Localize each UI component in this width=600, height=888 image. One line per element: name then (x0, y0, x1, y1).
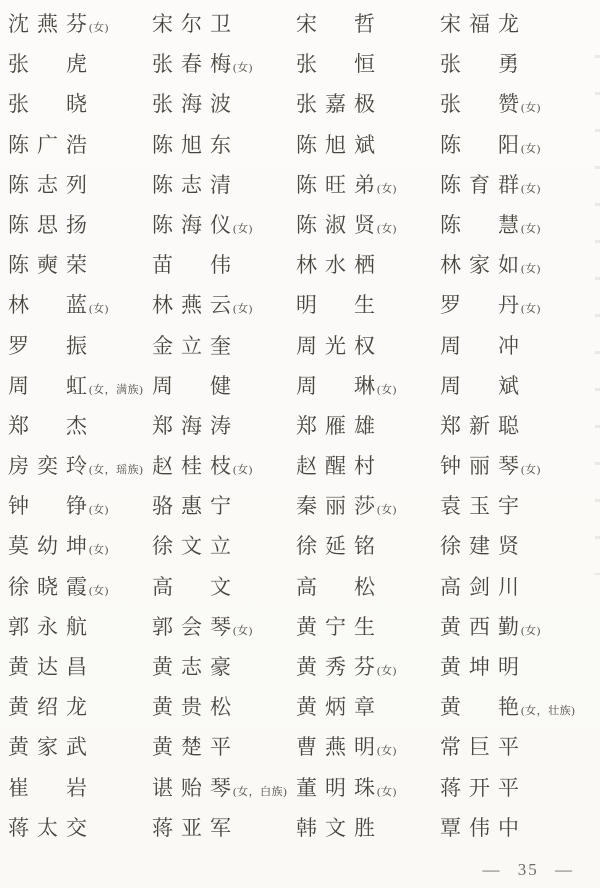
gender-ethnicity-note: (女) (377, 183, 397, 195)
name-entry: 黄 艳(女，壮族) (440, 687, 584, 727)
person-name: 莫幼坤 (8, 534, 95, 558)
person-name: 黄西勤 (440, 615, 527, 639)
person-name: 陈 阳 (440, 133, 527, 157)
person-name: 陈海仪 (152, 213, 239, 237)
gender-ethnicity-note: (女) (377, 665, 397, 677)
person-name: 金立奎 (152, 334, 239, 358)
name-entry: 林水栖 (296, 245, 440, 285)
person-name: 骆惠宁 (152, 494, 239, 518)
person-name: 罗 丹 (440, 293, 527, 317)
name-entry: 陈旭斌 (296, 125, 440, 165)
name-entry: 徐晓霞(女) (8, 567, 152, 607)
name-entry: 陈海仪(女) (152, 205, 296, 245)
person-name: 徐文立 (152, 534, 239, 558)
name-entry: 陈志清 (152, 165, 296, 205)
person-name: 徐建贤 (440, 534, 527, 558)
person-name: 郑雁雄 (296, 414, 383, 438)
name-entry: 黄楚平 (152, 727, 296, 767)
person-name: 房奕玲 (8, 454, 95, 478)
person-name: 陈旭斌 (296, 133, 383, 157)
person-name: 张 虎 (8, 52, 95, 76)
gender-ethnicity-note: (女) (377, 223, 397, 235)
name-entry: 徐建贤 (440, 526, 584, 566)
person-name: 黄达昌 (8, 655, 95, 679)
name-entry: 郑海涛 (152, 406, 296, 446)
person-name: 徐晓霞 (8, 575, 95, 599)
person-name: 郑新聪 (440, 414, 527, 438)
person-name: 陈育群 (440, 173, 527, 197)
page-number-text: — 35 — (483, 860, 575, 879)
person-name: 林水栖 (296, 253, 383, 277)
name-entry: 蒋太交 (8, 808, 152, 848)
person-name: 张嘉极 (296, 92, 383, 116)
person-name: 黄炳章 (296, 695, 383, 719)
person-name: 周光权 (296, 334, 383, 358)
person-name: 高剑川 (440, 575, 527, 599)
gender-ethnicity-note: (女，壮族) (521, 705, 575, 717)
person-name: 张 赞 (440, 92, 527, 116)
name-entry: 张 晓 (8, 84, 152, 124)
gender-ethnicity-note: (女) (89, 303, 109, 315)
gender-ethnicity-note: (女) (89, 504, 109, 516)
person-name: 周 健 (152, 374, 239, 398)
name-entry: 钟丽琴(女) (440, 446, 584, 486)
person-name: 黄贵松 (152, 695, 239, 719)
name-entry: 蒋开平 (440, 768, 584, 808)
name-entry: 董明珠(女) (296, 768, 440, 808)
gender-ethnicity-note: (女) (521, 303, 541, 315)
name-entry: 黄绍龙 (8, 687, 152, 727)
gender-ethnicity-note: (女) (233, 303, 253, 315)
name-entry: 郑雁雄 (296, 406, 440, 446)
name-entry: 陈旭东 (152, 125, 296, 165)
name-entry: 赵桂枝(女) (152, 446, 296, 486)
name-entry: 覃伟中 (440, 808, 584, 848)
name-entry: 沈燕芬(女) (8, 4, 152, 44)
name-entry: 陈淑贤(女) (296, 205, 440, 245)
gender-ethnicity-note: (女) (377, 786, 397, 798)
name-entry: 宋尔卫 (152, 4, 296, 44)
person-name: 张 晓 (8, 92, 95, 116)
person-name: 钟 铮 (8, 494, 95, 518)
person-name: 林燕云 (152, 293, 239, 317)
person-name: 蒋开平 (440, 776, 527, 800)
name-entry: 苗 伟 (152, 245, 296, 285)
name-entry: 周光权 (296, 326, 440, 366)
person-name: 张春梅 (152, 52, 239, 76)
person-name: 覃伟中 (440, 816, 527, 840)
person-name: 陈思扬 (8, 213, 95, 237)
person-name: 蒋太交 (8, 816, 95, 840)
gender-ethnicity-note: (女) (377, 384, 397, 396)
name-entry: 林 蓝(女) (8, 285, 152, 325)
person-name: 高 文 (152, 575, 239, 599)
gender-ethnicity-note: (女) (89, 585, 109, 597)
name-entry: 黄家武 (8, 727, 152, 767)
person-name: 郑 杰 (8, 414, 95, 438)
gender-ethnicity-note: (女) (377, 504, 397, 516)
gender-ethnicity-note: (女) (521, 464, 541, 476)
name-entry: 黄贵松 (152, 687, 296, 727)
name-entry: 宋 哲 (296, 4, 440, 44)
person-name: 蒋亚军 (152, 816, 239, 840)
person-name: 郭永航 (8, 615, 95, 639)
name-entry: 陈奭荣 (8, 245, 152, 285)
gender-ethnicity-note: (女) (521, 263, 541, 275)
person-name: 秦丽莎 (296, 494, 383, 518)
person-name: 赵桂枝 (152, 454, 239, 478)
gender-ethnicity-note: (女) (377, 745, 397, 757)
name-entry: 高剑川 (440, 567, 584, 607)
gender-ethnicity-note: (女) (521, 102, 541, 114)
person-name: 陈 慧 (440, 213, 527, 237)
name-entry: 黄达昌 (8, 647, 152, 687)
person-name: 常巨平 (440, 735, 527, 759)
person-name: 韩文胜 (296, 816, 383, 840)
gender-ethnicity-note: (女) (233, 464, 253, 476)
name-entry: 明 生 (296, 285, 440, 325)
person-name: 宋尔卫 (152, 12, 239, 36)
person-name: 郑海涛 (152, 414, 239, 438)
name-entry: 张海波 (152, 84, 296, 124)
person-name: 陈广浩 (8, 133, 95, 157)
name-entry: 罗 振 (8, 326, 152, 366)
name-entry: 黄炳章 (296, 687, 440, 727)
name-entry: 郭会琴(女) (152, 607, 296, 647)
name-entry: 张 恒 (296, 44, 440, 84)
name-entry: 高 文 (152, 567, 296, 607)
person-name: 陈旺弟 (296, 173, 383, 197)
gender-ethnicity-note: (女) (233, 223, 253, 235)
name-entry: 陈思扬 (8, 205, 152, 245)
gender-ethnicity-note: (女) (89, 544, 109, 556)
name-entry: 金立奎 (152, 326, 296, 366)
name-entry: 谌贻琴(女，白族) (152, 768, 296, 808)
name-entry: 张 赞(女) (440, 84, 584, 124)
person-name: 陈志清 (152, 173, 239, 197)
name-entry: 林燕云(女) (152, 285, 296, 325)
person-name: 郭会琴 (152, 615, 239, 639)
person-name: 宋 哲 (296, 12, 383, 36)
person-name: 曹燕明 (296, 735, 383, 759)
person-name: 陈志列 (8, 173, 95, 197)
gender-ethnicity-note: (女) (521, 625, 541, 637)
person-name: 黄家武 (8, 735, 95, 759)
name-entry: 郭永航 (8, 607, 152, 647)
name-entry: 宋福龙 (440, 4, 584, 44)
gender-ethnicity-note: (女) (521, 183, 541, 195)
gender-ethnicity-note: (女) (233, 625, 253, 637)
person-name: 周 虹 (8, 374, 95, 398)
name-entry: 黄秀芬(女) (296, 647, 440, 687)
person-name: 黄绍龙 (8, 695, 95, 719)
name-entry: 黄坤明 (440, 647, 584, 687)
name-entry: 周 虹(女，满族) (8, 366, 152, 406)
name-entry: 房奕玲(女，瑶族) (8, 446, 152, 486)
name-entry: 高 松 (296, 567, 440, 607)
person-name: 黄宁生 (296, 615, 383, 639)
name-entry: 秦丽莎(女) (296, 486, 440, 526)
name-entry: 周 冲 (440, 326, 584, 366)
name-entry: 陈志列 (8, 165, 152, 205)
scan-edge-artifact (595, 55, 600, 575)
name-roster: 沈燕芬(女)宋尔卫宋 哲宋福龙张 虎张春梅(女)张 恒张 勇张 晓张海波张嘉极张… (8, 4, 584, 848)
person-name: 张 勇 (440, 52, 527, 76)
gender-ethnicity-note: (女) (233, 62, 253, 74)
person-name: 黄楚平 (152, 735, 239, 759)
gender-ethnicity-note: (女) (521, 223, 541, 235)
person-name: 明 生 (296, 293, 383, 317)
gender-ethnicity-note: (女) (521, 143, 541, 155)
document-page: 沈燕芬(女)宋尔卫宋 哲宋福龙张 虎张春梅(女)张 恒张 勇张 晓张海波张嘉极张… (0, 0, 600, 888)
person-name: 苗 伟 (152, 253, 239, 277)
person-name: 周 冲 (440, 334, 527, 358)
gender-ethnicity-note: (女，白族) (233, 786, 287, 798)
name-entry: 徐延铭 (296, 526, 440, 566)
person-name: 赵醒村 (296, 454, 383, 478)
person-name: 林家如 (440, 253, 527, 277)
person-name: 陈旭东 (152, 133, 239, 157)
name-entry: 徐文立 (152, 526, 296, 566)
person-name: 袁玉宇 (440, 494, 527, 518)
name-entry: 陈育群(女) (440, 165, 584, 205)
person-name: 高 松 (296, 575, 383, 599)
name-entry: 张 勇 (440, 44, 584, 84)
name-entry: 莫幼坤(女) (8, 526, 152, 566)
name-entry: 黄宁生 (296, 607, 440, 647)
name-entry: 陈旺弟(女) (296, 165, 440, 205)
name-entry: 钟 铮(女) (8, 486, 152, 526)
name-entry: 黄志豪 (152, 647, 296, 687)
person-name: 陈淑贤 (296, 213, 383, 237)
name-entry: 蒋亚军 (152, 808, 296, 848)
person-name: 徐延铭 (296, 534, 383, 558)
name-entry: 骆惠宁 (152, 486, 296, 526)
person-name: 张 恒 (296, 52, 383, 76)
name-entry: 周 斌 (440, 366, 584, 406)
person-name: 罗 振 (8, 334, 95, 358)
name-entry: 陈 阳(女) (440, 125, 584, 165)
person-name: 黄坤明 (440, 655, 527, 679)
name-entry: 郑新聪 (440, 406, 584, 446)
person-name: 陈奭荣 (8, 253, 95, 277)
gender-ethnicity-note: (女) (89, 22, 109, 34)
person-name: 沈燕芬 (8, 12, 95, 36)
name-entry: 韩文胜 (296, 808, 440, 848)
person-name: 谌贻琴 (152, 776, 239, 800)
name-entry: 曹燕明(女) (296, 727, 440, 767)
person-name: 林 蓝 (8, 293, 95, 317)
gender-ethnicity-note: (女，瑶族) (89, 464, 143, 476)
name-entry: 赵醒村 (296, 446, 440, 486)
name-entry: 林家如(女) (440, 245, 584, 285)
name-entry: 陈 慧(女) (440, 205, 584, 245)
name-entry: 常巨平 (440, 727, 584, 767)
person-name: 董明珠 (296, 776, 383, 800)
name-entry: 张春梅(女) (152, 44, 296, 84)
person-name: 张海波 (152, 92, 239, 116)
name-entry: 罗 丹(女) (440, 285, 584, 325)
person-name: 黄志豪 (152, 655, 239, 679)
person-name: 黄 艳 (440, 695, 527, 719)
person-name: 崔 岩 (8, 776, 95, 800)
name-entry: 周 琳(女) (296, 366, 440, 406)
page-number: — 35 — (483, 860, 575, 880)
person-name: 周 琳 (296, 374, 383, 398)
name-entry: 崔 岩 (8, 768, 152, 808)
person-name: 周 斌 (440, 374, 527, 398)
person-name: 宋福龙 (440, 12, 527, 36)
person-name: 黄秀芬 (296, 655, 383, 679)
name-entry: 郑 杰 (8, 406, 152, 446)
person-name: 钟丽琴 (440, 454, 527, 478)
name-entry: 袁玉宇 (440, 486, 584, 526)
name-entry: 周 健 (152, 366, 296, 406)
name-entry: 陈广浩 (8, 125, 152, 165)
gender-ethnicity-note: (女，满族) (89, 384, 143, 396)
name-entry: 黄西勤(女) (440, 607, 584, 647)
name-entry: 张嘉极 (296, 84, 440, 124)
name-entry: 张 虎 (8, 44, 152, 84)
